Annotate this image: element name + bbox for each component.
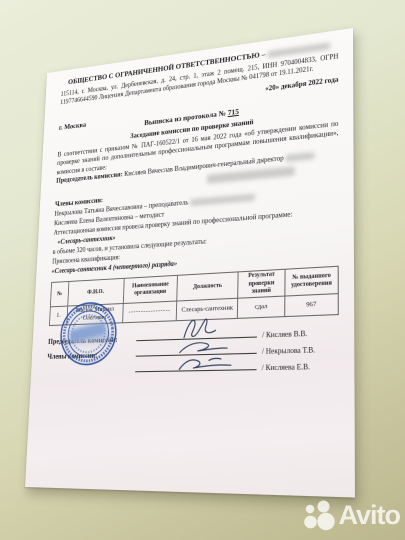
avito-logo-icon <box>303 500 336 531</box>
table-header-num: № <box>50 282 68 307</box>
cell-cert-no: 967 <box>285 293 339 316</box>
signature-line <box>135 368 256 372</box>
sig-empty-label <box>46 374 133 375</box>
table-header-org: Наименование организации <box>123 276 178 303</box>
sig-member-1-name: / Некрылова Т.В. <box>262 345 341 356</box>
avito-watermark: Avito <box>303 500 401 531</box>
sig-member-2-name: / Кисляева Е.В. <box>262 362 341 372</box>
city-label: г. Москва <box>59 120 87 132</box>
photo-scene: ОБЩЕСТВО С ОГРАНИЧЕННОЙ ОТВЕТСТВЕННОСТЬЮ… <box>0 0 405 540</box>
table-header-cert: № выданного удостоверения <box>285 267 338 296</box>
table-header-position: Должность <box>177 272 238 300</box>
cell-org: ----------------- <box>122 301 177 323</box>
document-paper: ОБЩЕСТВО С ОГРАНИЧЕННОЙ ОТВЕТСТВЕННОСТЬЮ… <box>25 28 355 498</box>
signature-ink-icon <box>175 353 237 374</box>
avito-wordmark: Avito <box>339 502 401 529</box>
protocol-number: 715 <box>228 107 239 117</box>
redacted-after-chairman <box>285 152 314 162</box>
document-content: ОБЩЕСТВО С ОГРАНИЧЕННОЙ ОТВЕТСТВЕННОСТЬЮ… <box>25 28 355 498</box>
table-header-result: Результат проверки знаний <box>238 270 285 298</box>
sig-chairman-name: / Кисляев В.В. <box>262 328 341 339</box>
round-stamp-icon <box>56 294 122 373</box>
cell-result: сдал <box>238 296 285 318</box>
